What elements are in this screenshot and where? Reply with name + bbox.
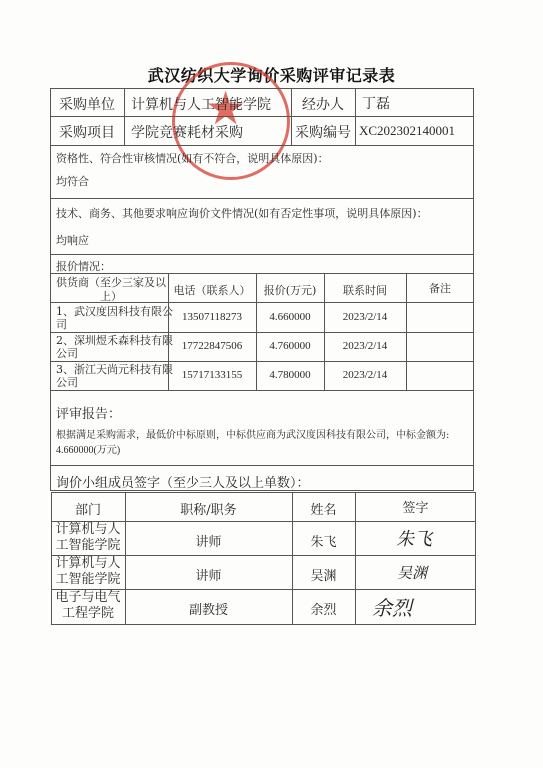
handwritten-signature: 余烈 [372, 592, 412, 621]
project-label: 采购项目 [50, 122, 124, 142]
table-row-title: 讲师 [125, 531, 292, 550]
table-row-dept: 电子与电气 工程学院 [51, 590, 125, 622]
sig-col-signature: 签字 [355, 497, 476, 516]
table-row-phone: 17722847506 [168, 340, 256, 352]
col-header-price: 报价(万元) [256, 282, 324, 298]
sig-col-name: 姓名 [292, 499, 355, 518]
handwritten-signature: 朱飞 [396, 525, 432, 551]
table-row-dept: 计算机与人 工智能学院 [51, 556, 125, 588]
qualification-value: 均符合 [56, 173, 89, 189]
purchasing-unit-label: 采购单位 [50, 94, 124, 114]
table-row-phone: 15717133155 [168, 369, 256, 381]
sig-col-title: 职称/职务 [125, 499, 292, 518]
col-header-supplier: 供货商（至少三家及以 上） [56, 276, 166, 304]
table-row-price: 4.760000 [256, 340, 324, 352]
table-row-date: 2023/2/14 [324, 311, 406, 323]
table-row-price: 4.660000 [256, 311, 324, 323]
table-row-name: 朱飞 [292, 531, 355, 550]
table-row-date: 2023/2/14 [324, 369, 406, 381]
project-value: 学院竞赛耗材采购 [131, 122, 243, 142]
qualification-label: 资格性、符合性审核情况(如有不符合，说明具体原因)： [56, 150, 329, 166]
table-row-title: 讲师 [125, 565, 292, 584]
table-row-date: 2023/2/14 [324, 340, 406, 352]
table-row-supplier: 2、深圳煜禾森科技有限 公司 [56, 334, 173, 360]
technical-value: 均响应 [56, 232, 89, 248]
handler-label: 经办人 [291, 94, 355, 114]
handwritten-signature: 吴渊 [397, 562, 427, 583]
signatures-label: 询价小组成员签字（至少三人及以上单数）： [56, 472, 310, 491]
table-row-supplier: 3、浙江天尚元科技有限 公司 [56, 363, 173, 389]
purchasing-unit-value: 计算机与人工智能学院 [131, 94, 271, 114]
table-row-title: 副教授 [125, 599, 292, 618]
quotes-label: 报价情况： [56, 258, 111, 274]
handler-value: 丁磊 [362, 93, 390, 113]
table-row-name: 吴渊 [292, 565, 355, 584]
table-row-phone: 13507118273 [168, 311, 256, 323]
table-row-name: 余烈 [292, 599, 355, 618]
sig-col-dept: 部门 [51, 499, 125, 518]
number-value: XC202302140001 [359, 123, 455, 139]
number-label: 采购编号 [291, 122, 355, 142]
technical-label: 技术、商务、其他要求响应询价文件情况(如有否定性事项，说明具体原因)： [56, 205, 428, 221]
table-row-dept: 计算机与人 工智能学院 [51, 522, 125, 554]
review-report-line2: 4.660000(万元) [56, 441, 120, 456]
col-header-date: 联系时间 [324, 282, 406, 298]
col-header-phone: 电话（联系人） [168, 282, 256, 298]
review-report-line1: 根据满足采购需求，最低价中标原则，中标供应商为武汉度因科技有限公司，中标金额为: [56, 426, 449, 441]
col-header-note: 备注 [406, 280, 474, 296]
review-report-label: 评审报告： [56, 403, 121, 422]
table-row-supplier: 1、武汉度因科技有限公 司 [56, 305, 173, 331]
table-row-price: 4.780000 [256, 369, 324, 381]
